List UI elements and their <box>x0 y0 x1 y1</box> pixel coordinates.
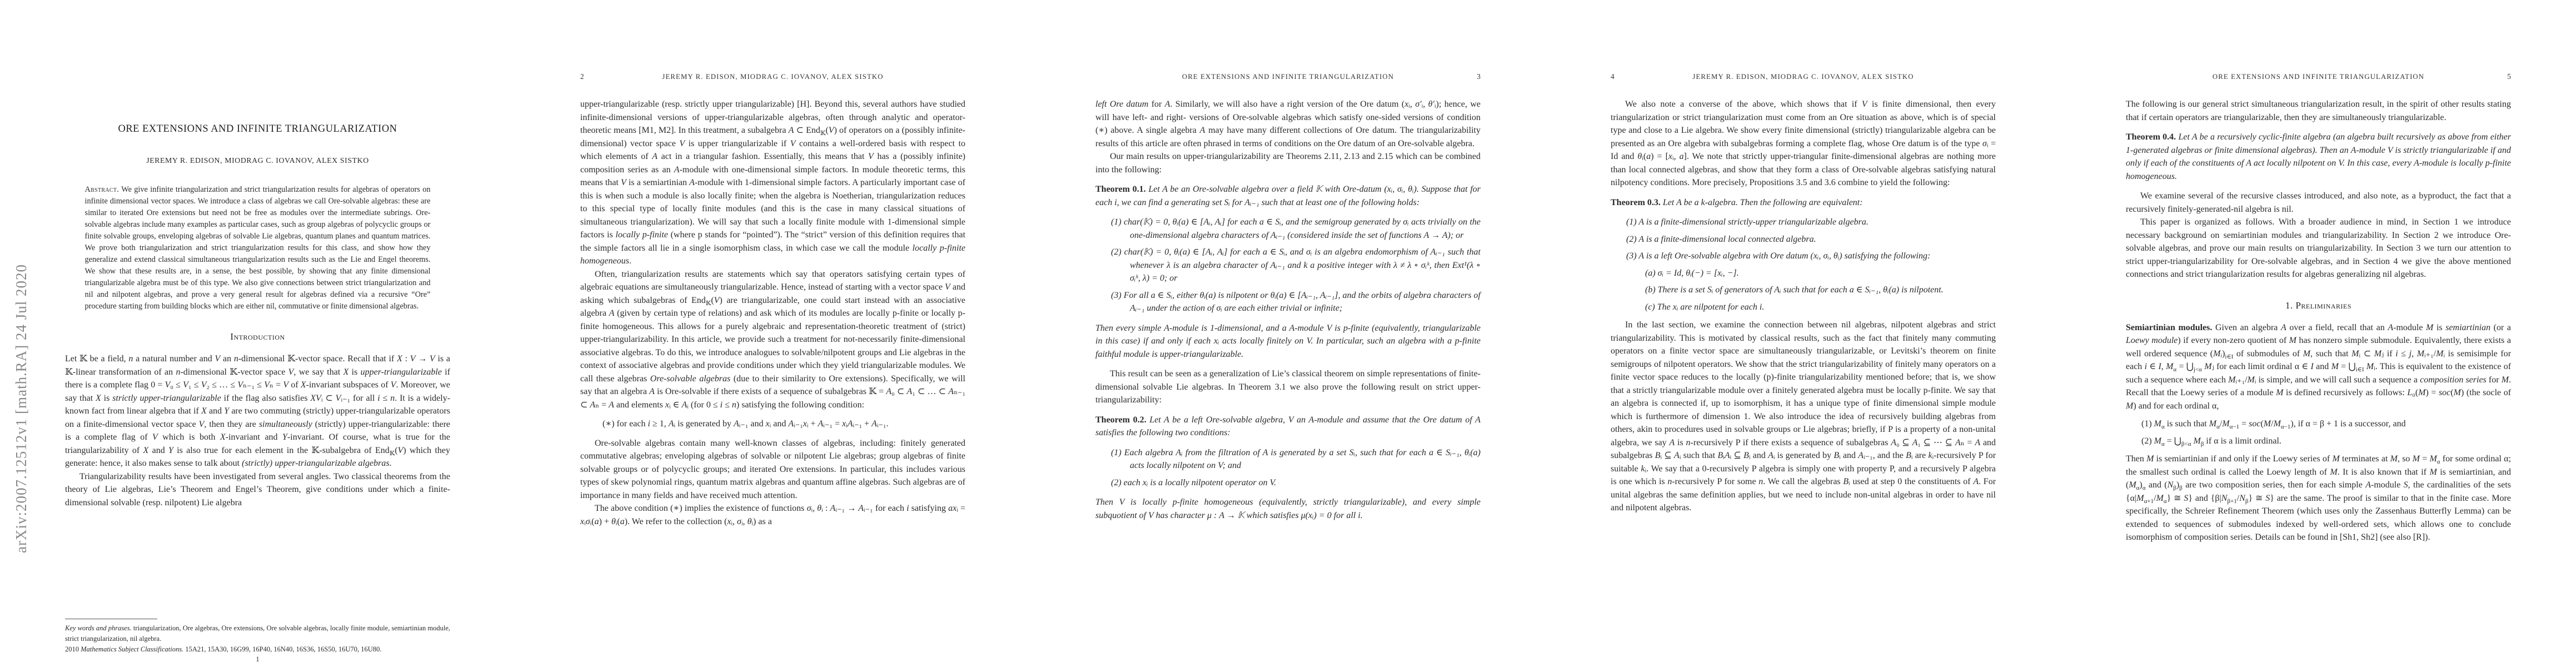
arxiv-watermark-text: arXiv:2007.12512v1 [math.RA] 24 Jul 2020 <box>13 264 30 553</box>
theorem: Then V is locally p-finite homogeneous (… <box>1095 496 1481 522</box>
list-item: (2) A is a finite-dimensional local conn… <box>1611 233 1996 246</box>
paragraph: In the last section, we examine the conn… <box>1611 318 1996 515</box>
theorem: Theorem 0.4. Let A be a recursively cycl… <box>2126 131 2511 183</box>
list: (1) char(𝕂) = 0, θᵢ(a) ∈ [Aᵢ, Aᵢ] for ea… <box>1095 216 1481 315</box>
theorem: Theorem 0.1. Let A be an Ore-solvable al… <box>1095 183 1481 209</box>
list-subitem: (b) There is a set Sᵢ of generators of A… <box>1611 283 1996 297</box>
paragraph: left Ore datum for A. Similarly, we will… <box>1095 98 1481 150</box>
footer-page-number: 1 <box>0 655 515 664</box>
paragraph: We also note a converse of the above, wh… <box>1611 98 1996 190</box>
arxiv-watermark: arXiv:2007.12512v1 [math.RA] 24 Jul 2020 <box>9 183 33 634</box>
running-head: 2JEREMY R. EDISON, MIODRAG C. IOVANOV, A… <box>580 72 965 81</box>
list: (1) A is a finite-dimensional strictly-u… <box>1611 216 1996 313</box>
paragraph: Let 𝕂 be a field, n a natural number and… <box>65 352 450 470</box>
display-equation: (∗) for each i ≥ 1, Aᵢ is generated by A… <box>580 417 965 431</box>
paragraph: We examine several of the recursive clas… <box>2126 190 2511 216</box>
list-item: (1) char(𝕂) = 0, θᵢ(a) ∈ [Aᵢ, Aᵢ] for ea… <box>1095 216 1481 242</box>
list-item: (2) char(𝕂) = 0, θᵢ(a) ∈ [Aᵢ, Aᵢ] for ea… <box>1095 246 1481 285</box>
paper-authors: JEREMY R. EDISON, MIODRAG C. IOVANOV, AL… <box>65 156 450 165</box>
page-5: The following is our general strict simu… <box>2061 0 2576 667</box>
list-item: (1) A is a finite-dimensional strictly-u… <box>1611 216 1996 229</box>
list-item: (1) Mα is such that Mα/Mα−1 = soc(M/Mα−1… <box>2126 417 2511 431</box>
header-page-number: 2 <box>580 72 599 81</box>
page-5-body: The following is our general strict simu… <box>2126 98 2511 544</box>
paragraph: upper-triangularizable (resp. strictly u… <box>580 98 965 268</box>
page-3-body: left Ore datum for A. Similarly, we will… <box>1095 98 1481 529</box>
page-4-body: We also note a converse of the above, wh… <box>1611 98 1996 515</box>
list-item: (2) Mα = ⋃β<α Mβ if α is a limit ordinal… <box>2126 435 2511 448</box>
paragraph: This result can be seen as a generalizat… <box>1095 367 1481 407</box>
section-heading: Introduction <box>65 331 450 342</box>
footnote: Key words and phrases. triangularization… <box>65 623 450 644</box>
list-item: (3) A is a left Ore-solvable algebra wit… <box>1611 250 1996 263</box>
list: (1) Each algebra Aᵢ from the filtration … <box>1095 446 1481 490</box>
paragraph: Triangularizability results have been in… <box>65 470 450 510</box>
page-1: ORE EXTENSIONS AND INFINITE TRIANGULARIZ… <box>0 0 515 667</box>
paragraph: Often, triangularization results are sta… <box>580 268 965 412</box>
running-head: 4JEREMY R. EDISON, MIODRAG C. IOVANOV, A… <box>1611 72 1996 81</box>
list-item: (1) Each algebra Aᵢ from the filtration … <box>1095 446 1481 472</box>
paragraph: This paper is organized as follows. With… <box>2126 216 2511 281</box>
theorem: Then every simple A-module is 1-dimensio… <box>1095 322 1481 361</box>
running-title: ORE EXTENSIONS AND INFINITE TRIANGULARIZ… <box>1114 73 1462 81</box>
theorem: Theorem 0.2. Let A be a left Ore-solvabl… <box>1095 414 1481 440</box>
list: (1) Mα is such that Mα/Mα−1 = soc(M/Mα−1… <box>2126 417 2511 447</box>
page-1-body: ORE EXTENSIONS AND INFINITE TRIANGULARIZ… <box>65 0 450 509</box>
running-title: ORE EXTENSIONS AND INFINITE TRIANGULARIZ… <box>2145 73 2492 81</box>
page-2: upper-triangularizable (resp. strictly u… <box>515 0 1030 667</box>
page-3: left Ore datum for A. Similarly, we will… <box>1030 0 1546 667</box>
paragraph: Semiartinian modules. Given an algebra A… <box>2126 321 2511 413</box>
section-heading: 1. Preliminaries <box>2126 300 2511 311</box>
running-title: JEREMY R. EDISON, MIODRAG C. IOVANOV, AL… <box>599 73 946 81</box>
list-item: (3) For all a ∈ Sᵢ, either θᵢ(a) is nilp… <box>1095 289 1481 315</box>
running-head: ORE EXTENSIONS AND INFINITE TRIANGULARIZ… <box>1095 72 1481 81</box>
page-4: We also note a converse of the above, wh… <box>1546 0 2061 667</box>
paragraph: Our main results on upper-triangularizab… <box>1095 150 1481 176</box>
paragraph: The above condition (∗) implies the exis… <box>580 502 965 528</box>
footnote-rule <box>65 619 157 619</box>
paragraph: Then M is semiartinian if and only if th… <box>2126 452 2511 544</box>
footnotes: Key words and phrases. triangularization… <box>65 619 450 655</box>
paper-abstract: Abstract. We give infinite triangulariza… <box>85 184 431 312</box>
running-head: ORE EXTENSIONS AND INFINITE TRIANGULARIZ… <box>2126 72 2511 81</box>
theorem: Theorem 0.3. Let A be a k-algebra. Then … <box>1611 196 1996 210</box>
paragraph: Ore-solvable algebras contain many well-… <box>580 437 965 502</box>
header-page-number: 5 <box>2492 72 2511 81</box>
list-subitem: (c) The xᵢ are nilpotent for each i. <box>1611 301 1996 314</box>
paragraph: The following is our general strict simu… <box>2126 98 2511 124</box>
header-page-number: 3 <box>1462 72 1481 81</box>
running-title: JEREMY R. EDISON, MIODRAG C. IOVANOV, AL… <box>1630 73 1977 81</box>
page-2-body: upper-triangularizable (resp. strictly u… <box>580 98 965 528</box>
footnote: 2010 Mathematics Subject Classifications… <box>65 644 450 655</box>
list-item: (2) each xᵢ is a locally nilpotent opera… <box>1095 476 1481 490</box>
header-page-number: 4 <box>1611 72 1630 81</box>
list-subitem: (a) σᵢ = Id, θᵢ(−) = [xᵢ, −]. <box>1611 267 1996 280</box>
multipage-paper-view: arXiv:2007.12512v1 [math.RA] 24 Jul 2020… <box>0 0 2576 667</box>
paper-title: ORE EXTENSIONS AND INFINITE TRIANGULARIZ… <box>65 123 450 135</box>
